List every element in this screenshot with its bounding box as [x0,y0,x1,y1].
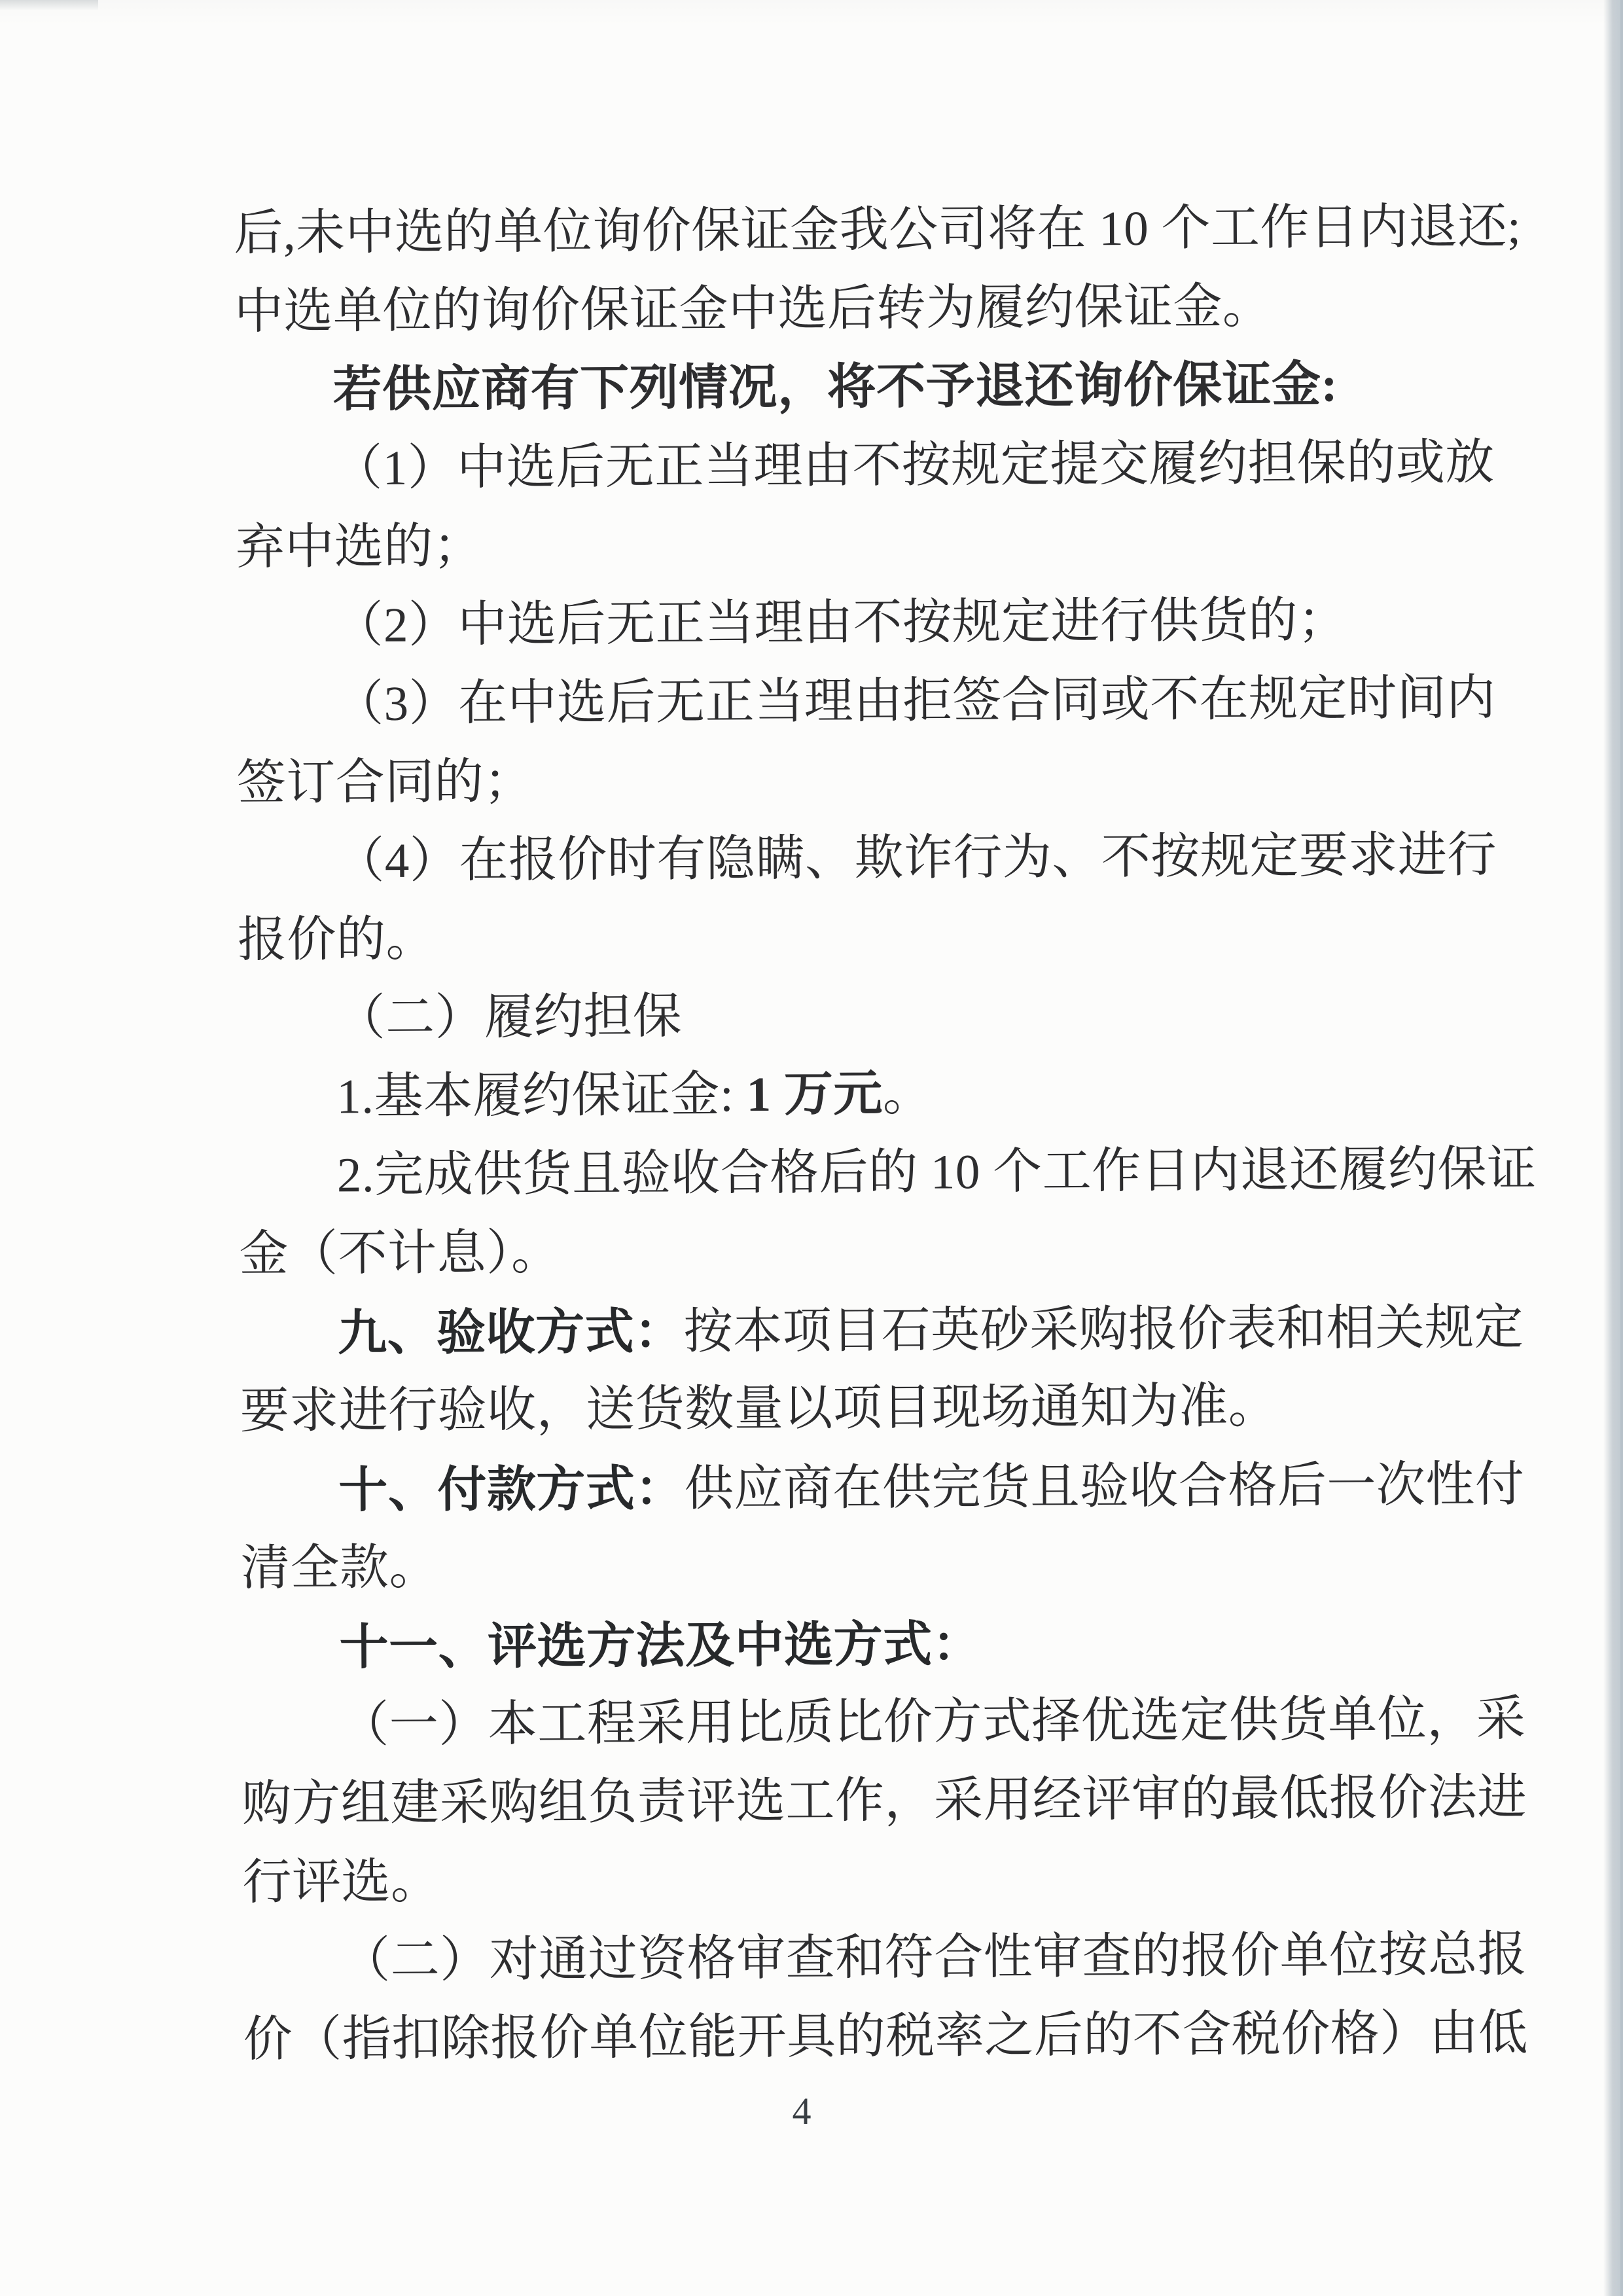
document-page: 后,未中选的单位询价保证金我公司将在 10 个工作日内退还;中选单位的询价保证金… [0,0,1623,2296]
text-line: （3）在中选后无正当理由拒签合同或不在规定时间内 [236,659,1539,744]
body-text: 清全款。 [241,1541,438,1596]
heading-text: 十一、评选方法及中选方式： [339,1616,982,1674]
body-text: （4）在报价时有隐瞒、欺诈行为、不按规定要求进行 [335,828,1497,888]
body-text: （3）在中选后无正当理由拒签合同或不在规定时间内 [334,671,1496,731]
text-line: 十一、评选方法及中选方式： [241,1602,1544,1687]
body-text: 后,未中选的单位询价保证金我公司将在 10 个工作日内退还; [234,200,1522,260]
body-text: 1 万元 [746,1067,883,1122]
text-line: 若供应商有下列情况，将不予退还询价保证金: [234,345,1537,430]
body-text: 价（指扣除报价单位能开具的税率之后的不含税价格）由低 [243,2006,1528,2067]
scan-corner-artifact [0,0,98,10]
scan-edge-shadow [1603,0,1623,2296]
text-line: 后,未中选的单位询价保证金我公司将在 10 个工作日内退还; [234,188,1537,273]
body-text: 行评选。 [242,1855,440,1910]
text-line: （二）履约担保 [238,973,1541,1058]
text-line: 1.基本履约保证金: 1 万元。 [238,1052,1541,1137]
body-text: （2）中选后无正当理由不按规定进行供货的； [334,593,1347,653]
text-line: 购方组建采购组负责评选工作，采用经评审的最低报价法进 [242,1759,1545,1844]
text-block: 后,未中选的单位询价保证金我公司将在 10 个工作日内退还;中选单位的询价保证金… [234,188,1546,2079]
text-line: 弃中选的； [236,502,1539,587]
text-line: 签订合同的； [236,738,1539,823]
body-text: 供应商在供完货且验收合格后一次性付 [685,1458,1525,1516]
text-line: 九、验收方式：按本项目石英砂采购报价表和相关规定 [240,1287,1543,1372]
body-text: 签订合同的； [237,755,533,810]
body-text: 弃中选的； [236,519,483,575]
text-line: 中选单位的询价保证金中选后转为履约保证金。 [234,266,1537,351]
body-text: 报价的。 [238,912,435,968]
body-text: （二）对通过资格审查和符合性审查的报价单位按总报 [341,1928,1527,1988]
body-text: 1.基本履约保证金: [336,1067,747,1124]
text-line: （2）中选后无正当理由不按规定进行供货的； [236,581,1539,666]
body-text: （二）履约担保 [336,990,682,1046]
text-line: （1）中选后无正当理由不按规定提交履约担保的或放 [235,423,1538,509]
text-line: 金（不计息）。 [239,1209,1542,1294]
body-text: （1）中选后无正当理由不按规定提交履约担保的或放 [333,435,1495,495]
heading-text: 十、付款方式： [338,1461,685,1518]
heading-text: 九、验收方式： [338,1304,684,1361]
body-text: 中选单位的询价保证金中选后转为履约保证金。 [234,279,1272,339]
body-text: 按本项目石英砂采购报价表和相关规定 [683,1300,1524,1359]
body-text: 金（不计息）。 [239,1226,560,1282]
text-line: （4）在报价时有隐瞒、欺诈行为、不按规定要求进行 [237,816,1540,901]
text-line: 十、付款方式：供应商在供完货且验收合格后一次性付 [240,1444,1543,1530]
text-line: （二）对通过资格审查和符合性审查的报价单位按总报 [243,1916,1546,2001]
text-line: 报价的。 [238,895,1541,980]
body-text: 2.完成供货且验收合格后的 10 个工作日内退还履约保证 [337,1142,1537,1203]
body-text: 购方组建采购组负责评选工作，采用经评审的最低报价法进 [242,1770,1527,1831]
text-line: （一）本工程采用比质比价方式择优选定供货单位，采 [241,1680,1544,1765]
text-line: 要求进行验收，送货数量以项目现场通知为准。 [240,1366,1543,1451]
text-line: 清全款。 [241,1523,1544,1608]
body-text: 。 [883,1067,933,1121]
text-line: 价（指扣除报价单位能开具的税率之后的不含税价格）由低 [243,1994,1546,2079]
page-number: 4 [759,2085,844,2138]
text-line: 行评选。 [242,1837,1545,1922]
body-text: （一）本工程采用比质比价方式择优选定供货单位，采 [340,1692,1525,1752]
body-text: 要求进行验收，送货数量以项目现场通知为准。 [240,1379,1278,1439]
text-line: 2.完成供货且验收合格后的 10 个工作日内退还履约保证 [239,1130,1542,1215]
body-text: 若供应商有下列情况，将不予退还询价保证金: [332,357,1338,417]
